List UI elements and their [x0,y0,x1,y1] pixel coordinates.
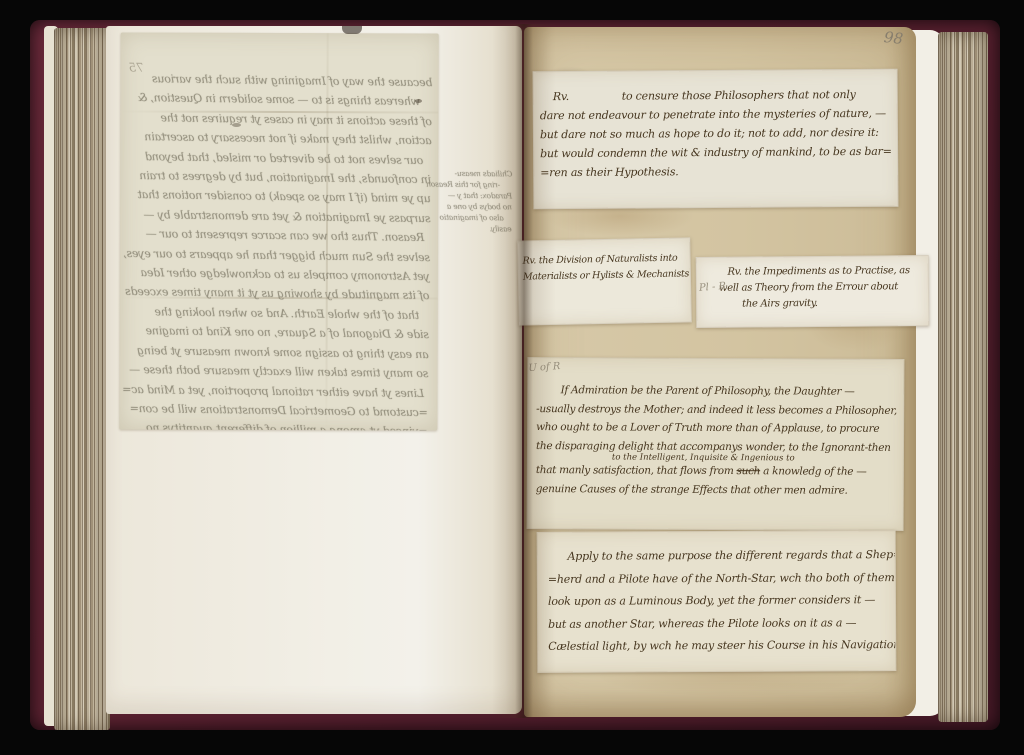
ink-line: =herd and a Pilote have of the North-Sta… [548,567,895,591]
ink-line: the Airs gravity. [719,295,928,313]
pencil-shelfmark: Pl - R [699,281,727,294]
page-edge-notch [342,26,362,34]
slip-northstar: Apply to the same purpose the different … [537,530,897,673]
ink-line: but would condemn the wit & industry of … [540,142,897,163]
manuscript-photo: 75 because the way of Imagining with suc… [0,0,1024,755]
ink-line: dare not endeavour to penetrate into the… [540,104,897,125]
ink-line: but as another Star, whereas the Pilote … [548,612,895,636]
ink-line: Rv. to censure those Philosophers that n… [540,85,897,106]
gutter-shadow [492,24,556,718]
ink-line: who ought to be a Lover of Truth more th… [536,418,903,438]
ink-text: that manly satisfaction, that flows from [536,464,737,477]
text-block-edges-left [54,28,110,730]
ink-line: If Admiration be the Parent of Philosoph… [536,381,903,401]
ink-line: look upon as a Luminous Body, yet the fo… [548,589,895,613]
pasted-sheet-left: 75 because the way of Imagining with suc… [119,32,438,430]
slip-impediments: Pl - R Rv. the Impediments as to Practis… [696,255,930,328]
paper-speck [415,99,422,103]
ink-line: Rv. the Impediments as to Practise, as [719,263,928,281]
text-block-edges-right [938,32,988,722]
slip-admiration-philosophy: U of R If Admiration be the Parent of Ph… [527,357,905,531]
ink-line: well as Theory from the Errour about [719,279,928,297]
slip-censure-philosophers: Rv. to censure those Philosophers that n… [533,69,899,210]
ink-line-with-strikethrough: that manly satisfaction, that flows from… [536,461,903,481]
ink-text: a knowledg of the — [760,465,866,478]
slip-text: If Admiration be the Parent of Philosoph… [536,381,903,457]
slip-text: Rv. the Impediments as to Practise, aswe… [719,263,928,313]
ink-line: -usually destroys the Mother; and indeed… [536,400,903,420]
page-number: 98 [883,28,904,48]
ink-line: but dare not so much as hope to do it; n… [540,123,897,144]
ink-line: Cælestial light, by wch he may steer his… [548,634,895,658]
struck-word: such [737,465,761,477]
showthrough-text: because the way of Imagining with such t… [125,69,432,431]
paper-speck [232,123,241,127]
ink-line: Apply to the same purpose the different … [548,544,895,568]
ink-line: genuine Causes of the strange Effects th… [536,480,903,500]
ink-line: =ren as their Hypothesis. [540,161,897,182]
